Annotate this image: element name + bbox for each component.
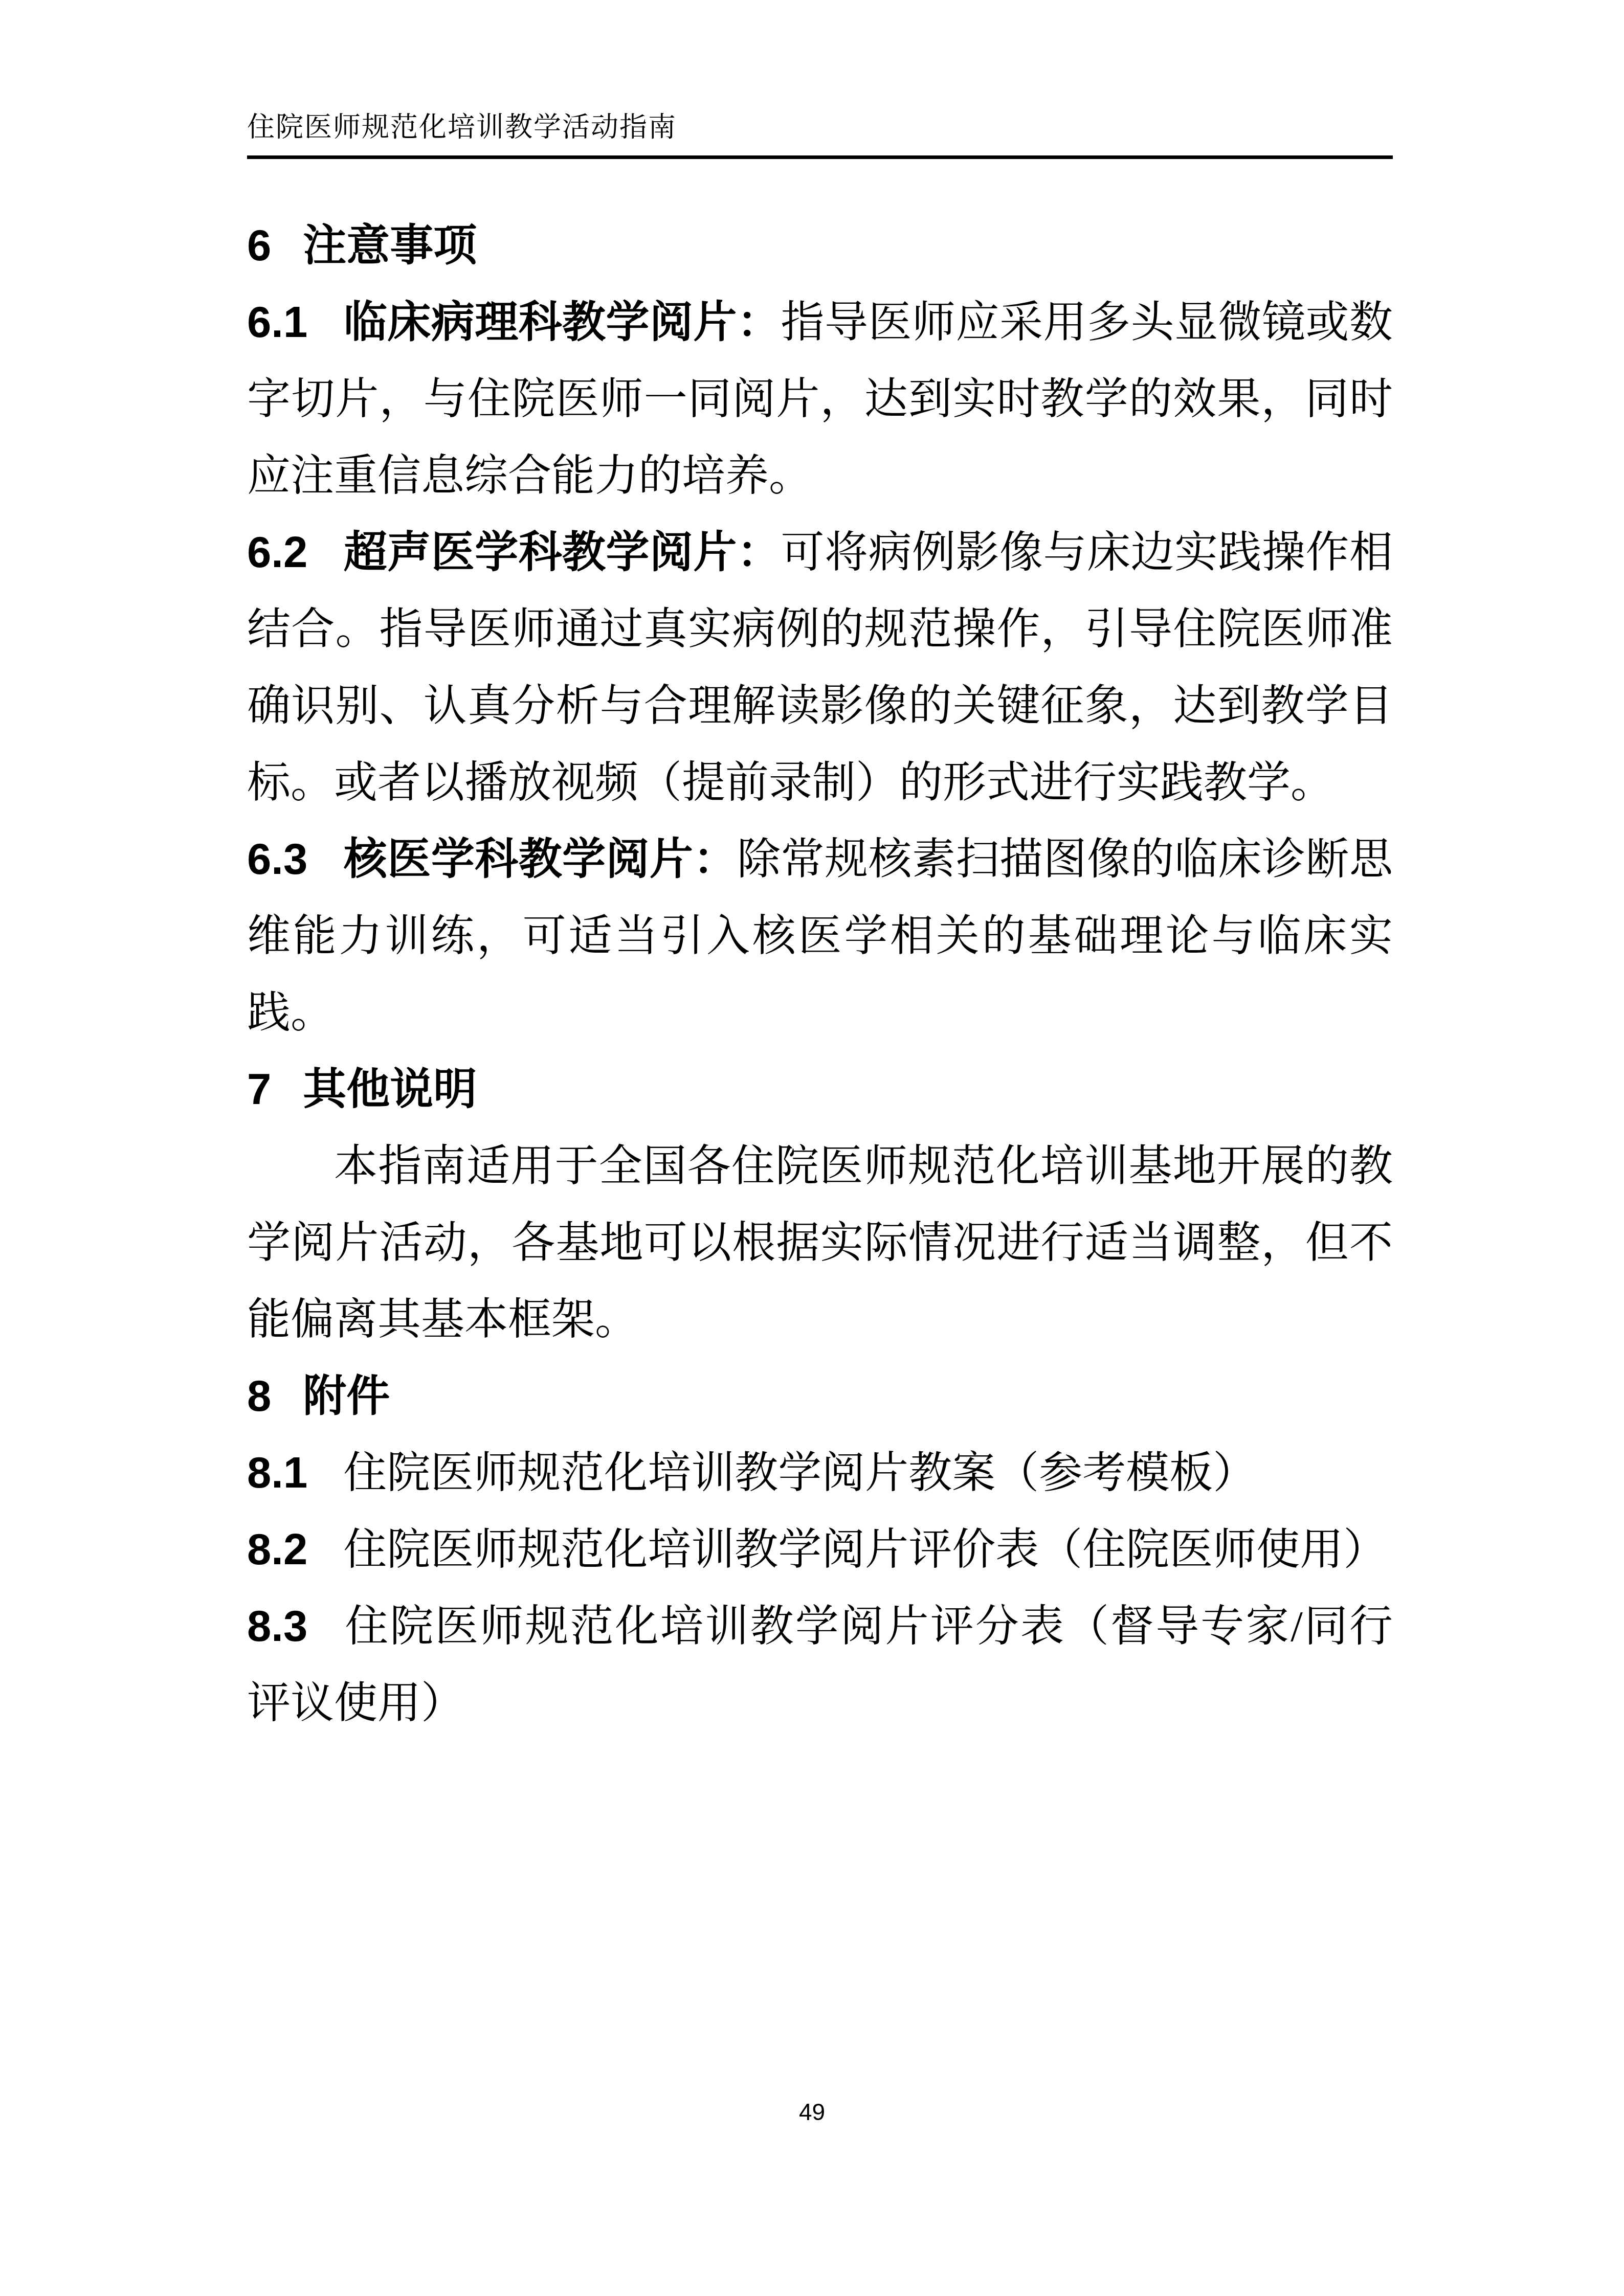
attachment-8-1-number: 8.1 (247, 1449, 307, 1497)
paragraph-6-3-number: 6.3 (247, 835, 307, 884)
attachment-8-1-text: 住院医师规范化培训教学阅片教案（参考模板） (343, 1449, 1256, 1497)
section-heading-7: 7其他说明 (247, 1051, 1393, 1128)
section-heading-8: 8附件 (247, 1358, 1393, 1435)
paragraph-6-3: 6.3核医学科教学阅片：除常规核素扫描图像的临床诊断思维能力训练，可适当引入核医… (247, 821, 1393, 1051)
paragraph-7-body: 本指南适用于全国各住院医师规范化培训基地开展的教学阅片活动，各基地可以根据实际情… (247, 1128, 1393, 1358)
page-content: 6注意事项 6.1临床病理科教学阅片：指导医师应采用多头显微镜或数字切片，与住院… (247, 208, 1393, 1742)
paragraph-6-2: 6.2超声医学科教学阅片：可将病例影像与床边实践操作相结合。指导医师通过真实病例… (247, 514, 1393, 821)
attachment-8-2-number: 8.2 (247, 1525, 307, 1574)
paragraph-6-2-label: 超声医学科教学阅片： (343, 529, 781, 577)
attachment-8-3-number: 8.3 (247, 1602, 307, 1651)
paragraph-6-1-number: 6.1 (247, 298, 307, 347)
section-8-title: 附件 (303, 1372, 390, 1421)
paragraph-6-1-label: 临床病理科教学阅片： (343, 299, 781, 347)
paragraph-6-3-label: 核医学科教学阅片： (343, 836, 737, 884)
attachment-item-8-3: 8.3住院医师规范化培训教学阅片评分表（督导专家/同行评议使用） (247, 1588, 1393, 1742)
paragraph-6-1: 6.1临床病理科教学阅片：指导医师应采用多头显微镜或数字切片，与住院医师一同阅片… (247, 284, 1393, 514)
section-6-title: 注意事项 (303, 221, 477, 270)
section-heading-6: 6注意事项 (247, 208, 1393, 284)
paragraph-6-2-number: 6.2 (247, 528, 307, 577)
page-number: 49 (0, 2097, 1624, 2127)
attachment-item-8-1: 8.1住院医师规范化培训教学阅片教案（参考模板） (247, 1435, 1393, 1512)
attachment-8-2-text: 住院医师规范化培训教学阅片评价表（住院医师使用） (343, 1526, 1387, 1574)
attachment-item-8-2: 8.2住院医师规范化培训教学阅片评价表（住院医师使用） (247, 1512, 1393, 1588)
section-7-title: 其他说明 (303, 1065, 477, 1114)
page-header: 住院医师规范化培训教学活动指南 (247, 0, 1393, 159)
running-header-title: 住院医师规范化培训教学活动指南 (247, 112, 1393, 142)
section-8-number: 8 (247, 1372, 271, 1421)
section-7-number: 7 (247, 1065, 271, 1114)
document-page: 住院医师规范化培训教学活动指南 6注意事项 6.1临床病理科教学阅片：指导医师应… (0, 0, 1624, 2296)
section-6-number: 6 (247, 221, 271, 270)
attachment-8-3-text: 住院医师规范化培训教学阅片评分表（督导专家/同行评议使用） (247, 1603, 1393, 1727)
